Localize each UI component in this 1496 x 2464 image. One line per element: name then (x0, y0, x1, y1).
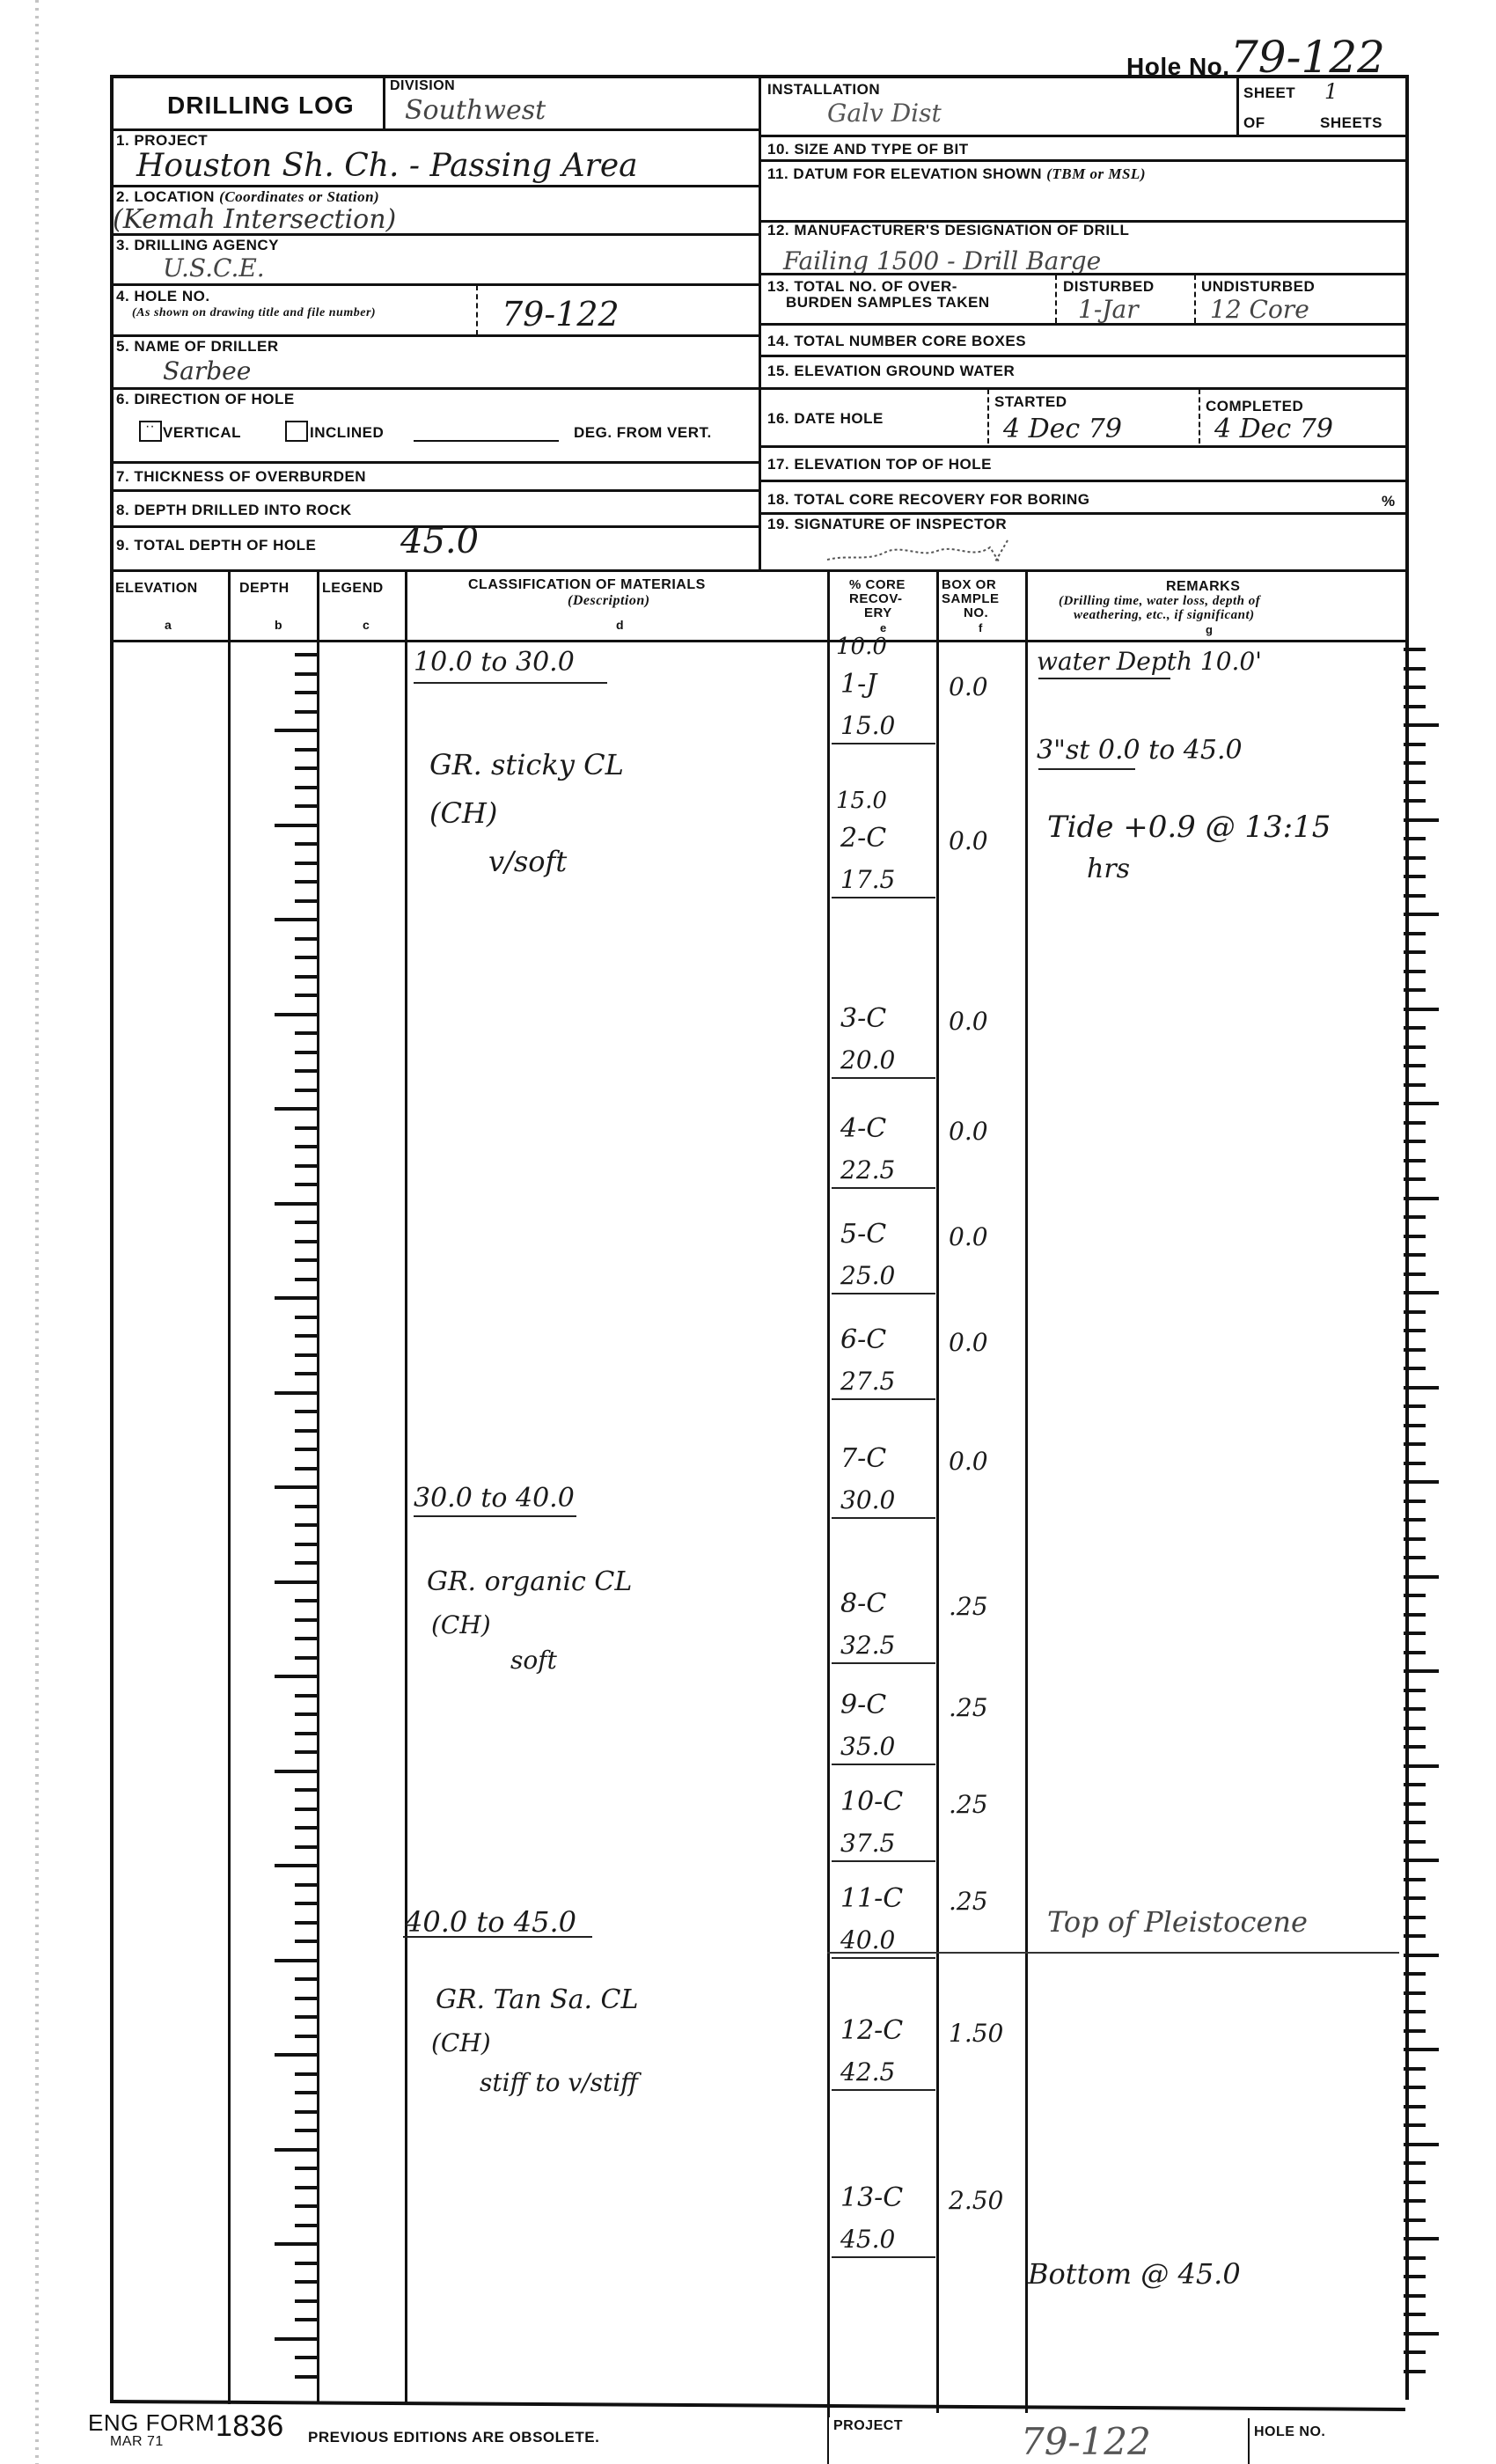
right-depth-tick (1404, 950, 1426, 954)
right-depth-tick (1404, 743, 1426, 746)
sample-id: 13-C (840, 2182, 903, 2213)
depth-tick (295, 1788, 317, 1792)
right-depth-tick (1404, 2086, 1426, 2089)
depth-tick (295, 1637, 317, 1640)
footer-hole-no-label: HOLE NO. (1254, 2424, 1325, 2440)
classification-desc-1-line-1: GR. sticky CL (429, 748, 624, 781)
right-depth-tick (1404, 1121, 1426, 1125)
depth-tick (275, 2053, 317, 2057)
depth-tick (275, 2337, 317, 2341)
right-depth-tick (1404, 2029, 1426, 2033)
deg-from-vert-label: DEG. FROM VERT. (574, 424, 712, 442)
right-depth-tick (1404, 1727, 1426, 1730)
right-depth-tick (1404, 1140, 1426, 1143)
col-box-label-2: SAMPLE (942, 591, 1000, 606)
depth-tick (295, 1183, 317, 1186)
form-name: ENG FORM (88, 2409, 215, 2437)
depth-tick (295, 1126, 317, 1130)
sample-bottom-depth: 20.0 (840, 1045, 895, 1074)
depth-tick (275, 1391, 317, 1395)
classification-desc-2-line-3: soft (510, 1646, 557, 1675)
depth-tick (295, 1372, 317, 1375)
sample-bottom-depth: 35.0 (840, 1732, 895, 1761)
samples-label-1: 13. TOTAL NO. OF OVER- (767, 278, 957, 296)
date-hole-label: 16. DATE HOLE (767, 410, 884, 428)
total-depth-value[interactable]: 45.0 (400, 521, 479, 561)
right-depth-tick (1404, 913, 1439, 916)
box-sample-no: 0.0 (949, 826, 988, 855)
right-depth-tick (1404, 1367, 1426, 1370)
right-depth-tick (1404, 1802, 1426, 1806)
sample-bottom-depth: 25.0 (840, 1261, 895, 1290)
depth-tick (295, 975, 317, 979)
classification-desc-3-line-1: GR. Tan Sa. CL (436, 1984, 638, 2015)
depth-tick (275, 918, 317, 921)
depth-tick (295, 2167, 317, 2170)
core-recovery-unit: % (1382, 493, 1396, 510)
sample-bottom-depth: 32.5 (840, 1631, 895, 1660)
disturbed-label: DISTURBED (1063, 278, 1155, 296)
depth-tick (295, 2204, 317, 2208)
elev-top-label: 17. ELEVATION TOP OF HOLE (767, 456, 992, 473)
right-depth-tick (1404, 2105, 1426, 2108)
sample-bottom-depth: 37.5 (840, 1829, 895, 1858)
form-number: 1836 (216, 2409, 284, 2444)
depth-tick (295, 1353, 317, 1357)
depth-tick (295, 2110, 317, 2114)
depth-tick (295, 1940, 317, 1943)
right-depth-tick (1404, 2370, 1426, 2373)
box-sample-no: 0.0 (949, 1222, 988, 1251)
depth-tick (295, 956, 317, 959)
remark-tide-line-1: Tide +0.9 @ 13:15 (1047, 810, 1331, 845)
right-depth-tick (1404, 1745, 1426, 1749)
depth-tick (295, 2356, 317, 2359)
drilling-agency-value[interactable]: U.S.C.E. (163, 253, 265, 282)
project-value[interactable]: Houston Sh. Ch. - Passing Area (136, 148, 638, 184)
depth-tick (295, 2015, 317, 2019)
depth-tick (295, 1618, 317, 1622)
location-value[interactable]: (Kemah Intersection) (113, 204, 396, 235)
right-depth-tick (1404, 1177, 1426, 1181)
depth-tick (295, 1051, 317, 1054)
depth-tick (295, 1089, 317, 1092)
depth-tick (295, 2035, 317, 2038)
sample-id: 5-C (840, 1219, 886, 1250)
depth-rock-label: 8. DEPTH DRILLED INTO ROCK (116, 502, 352, 519)
vertical-checkbox[interactable]: ·· (139, 421, 162, 442)
right-depth-tick (1404, 2218, 1426, 2222)
right-depth-tick (1404, 2048, 1439, 2051)
form-date: MAR 71 (110, 2434, 164, 2450)
depth-tick (275, 1296, 317, 1300)
depth-tick (295, 1278, 317, 1281)
right-depth-tick (1404, 723, 1439, 727)
depth-tick (295, 2072, 317, 2076)
box-sample-no: 1.50 (949, 2019, 1003, 2048)
sample-top-depth: 10.0 (836, 634, 887, 660)
right-depth-tick (1404, 705, 1426, 708)
depth-tick (275, 1485, 317, 1489)
right-depth-tick (1404, 1840, 1426, 1844)
disturbed-value[interactable]: 1-Jar (1078, 295, 1139, 324)
right-depth-tick (1404, 1253, 1426, 1257)
depth-tick (295, 1467, 317, 1470)
right-depth-tick (1404, 837, 1426, 840)
sample-bottom-depth: 45.0 (840, 2225, 895, 2254)
col-core-letter: e (880, 621, 887, 634)
depth-tick (295, 691, 317, 694)
depth-tick (295, 1712, 317, 1716)
right-depth-tick (1404, 1404, 1426, 1408)
right-depth-tick (1404, 2067, 1426, 2071)
right-depth-tick (1404, 1632, 1426, 1635)
col-core-label-1: % CORE (849, 577, 906, 592)
right-depth-tick (1404, 1102, 1439, 1105)
box-sample-no: .25 (949, 1693, 988, 1722)
right-depth-tick (1404, 1064, 1426, 1067)
depth-tick (295, 766, 317, 770)
right-depth-tick (1404, 1500, 1426, 1503)
right-depth-tick (1404, 1008, 1439, 1011)
depth-tick (295, 1750, 317, 1754)
depth-tick (295, 862, 317, 865)
depth-tick (295, 1164, 317, 1168)
sample-id: 10-C (840, 1786, 903, 1817)
sample-bottom-depth: 30.0 (840, 1485, 895, 1514)
depth-tick (295, 786, 317, 789)
core-recovery-label: 18. TOTAL CORE RECOVERY FOR BORING (767, 491, 1090, 509)
driller-value[interactable]: Sarbee (163, 356, 251, 385)
classification-desc-2-line-2: (CH) (431, 1610, 491, 1639)
depth-tick (295, 1240, 317, 1243)
sample-bottom-depth: 40.0 (840, 1925, 895, 1954)
right-depth-tick (1404, 856, 1426, 860)
depth-tick (275, 1013, 317, 1016)
depth-tick (275, 1202, 317, 1206)
depth-tick (295, 1883, 317, 1887)
right-depth-tick (1404, 1026, 1426, 1030)
col-classification-letter: d (616, 618, 624, 632)
footer-project-label: PROJECT (833, 2418, 903, 2434)
right-depth-tick (1404, 1689, 1426, 1692)
box-sample-no: 0.0 (949, 672, 988, 701)
depth-tick (295, 2318, 317, 2321)
col-core-label-2: RECOV- (849, 591, 903, 606)
classification-range-3: 40.0 to 45.0 (405, 1905, 576, 1939)
right-depth-tick (1404, 1480, 1439, 1484)
division-value[interactable]: Southwest (405, 95, 546, 126)
right-depth-tick (1404, 970, 1426, 973)
sample-id: 2-C (840, 823, 886, 854)
depth-tick (295, 1523, 317, 1527)
right-depth-tick (1404, 1954, 1439, 1957)
right-depth-tick (1404, 2332, 1439, 2336)
undisturbed-label: UNDISTURBED (1201, 278, 1315, 296)
division-label: DIVISION (390, 78, 455, 94)
drill-value[interactable]: Failing 1500 - Drill Barge (783, 246, 1101, 275)
sample-id: 3-C (840, 1003, 886, 1034)
depth-tick (275, 824, 317, 827)
depth-tick (295, 1543, 317, 1546)
box-sample-no: .25 (949, 1887, 988, 1916)
inspector-label: 19. SIGNATURE OF INSPECTOR (767, 516, 1007, 533)
right-depth-tick (1404, 1651, 1426, 1654)
depth-tick (295, 1656, 317, 1660)
depth-tick (295, 2262, 317, 2265)
depth-tick (295, 1845, 317, 1849)
sheets-label: SHEETS (1320, 114, 1382, 132)
depth-tick (295, 1258, 317, 1262)
sheet-label: SHEET (1243, 84, 1295, 102)
right-depth-tick (1404, 932, 1426, 935)
classification-desc-1-line-2: (CH) (429, 796, 497, 830)
depth-tick (295, 1448, 317, 1451)
right-depth-tick (1404, 988, 1426, 992)
right-depth-tick (1404, 1083, 1426, 1087)
box-sample-no: 0.0 (949, 1117, 988, 1146)
location-label: 2. LOCATION (Coordinates or Station) (116, 188, 379, 206)
box-sample-no: 0.0 (949, 1328, 988, 1357)
degrees-input-line[interactable] (414, 440, 559, 442)
remark-bottom: Bottom @ 45.0 (1028, 2257, 1241, 2291)
right-depth-tick (1404, 1878, 1426, 1881)
depth-tick (295, 1069, 317, 1073)
depth-tick (295, 748, 317, 752)
sample-id: 7-C (840, 1443, 886, 1474)
remark-shelby-tube: 3"st 0.0 to 45.0 (1037, 735, 1243, 766)
depth-tick (295, 1505, 317, 1508)
right-depth-tick (1404, 799, 1426, 803)
remark-water-depth: water Depth 10.0' (1037, 647, 1262, 676)
depth-tick (295, 2224, 317, 2227)
depth-tick (295, 880, 317, 884)
remark-top-of-pleistocene: Top of Pleistocene (1047, 1905, 1308, 1939)
driller-label: 5. NAME OF DRILLER (116, 338, 279, 356)
right-depth-tick (1404, 686, 1426, 689)
box-sample-no: .25 (949, 1790, 988, 1819)
classification-desc-3-line-3: stiff to v/stiff (480, 2068, 638, 2097)
right-depth-tick (1404, 1386, 1439, 1390)
right-depth-tick (1404, 1537, 1426, 1541)
datum-label: 11. DATUM FOR ELEVATION SHOWN (TBM or MS… (767, 165, 1146, 183)
right-depth-tick (1404, 1518, 1426, 1522)
depth-tick (295, 1334, 317, 1338)
right-depth-tick (1404, 1235, 1426, 1238)
inclined-checkbox[interactable] (285, 421, 308, 442)
right-depth-tick (1404, 2275, 1426, 2278)
col-remarks-note-2: weathering, etc., if significant) (1074, 607, 1255, 623)
depth-tick (295, 2091, 317, 2094)
right-depth-tick (1404, 1783, 1426, 1786)
started-value[interactable]: 4 Dec 79 (1003, 414, 1122, 444)
sample-top-depth: 15.0 (836, 788, 887, 814)
right-depth-tick (1404, 1197, 1439, 1200)
depth-tick (295, 899, 317, 903)
right-depth-tick (1404, 2010, 1426, 2013)
depth-tick (295, 1732, 317, 1735)
right-depth-tick (1404, 1329, 1426, 1332)
col-box-label-3: NO. (964, 605, 988, 620)
depth-tick (295, 1429, 317, 1433)
depth-tick (295, 2129, 317, 2132)
core-boxes-label: 14. TOTAL NUMBER CORE BOXES (767, 333, 1026, 350)
depth-tick (295, 1694, 317, 1698)
scan-edge-artifact (35, 0, 39, 2464)
overburden-label: 7. THICKNESS OF OVERBURDEN (116, 468, 366, 486)
hole-no-field-note: (As shown on drawing title and file numb… (132, 304, 466, 320)
depth-tick (295, 1997, 317, 2000)
right-depth-tick (1404, 2350, 1426, 2354)
col-depth-letter: b (275, 618, 282, 632)
classification-desc-2-line-1: GR. organic CL (427, 1566, 632, 1597)
col-legend-letter: c (363, 618, 370, 632)
col-classification-label: CLASSIFICATION OF MATERIALS (468, 577, 706, 593)
sample-id: 6-C (840, 1324, 886, 1355)
inclined-label: INCLINED (310, 424, 384, 442)
depth-tick (295, 1977, 317, 1981)
col-legend-label: LEGEND (322, 581, 384, 597)
depth-tick (275, 2242, 317, 2246)
right-depth-tick (1404, 1859, 1439, 1862)
right-depth-tick (1404, 2143, 1439, 2146)
samples-label-2: BURDEN SAMPLES TAKEN (786, 294, 990, 312)
box-sample-no: 0.0 (949, 1007, 988, 1036)
installation-label: INSTALLATION (767, 81, 880, 99)
right-depth-tick (1404, 2161, 1426, 2165)
right-depth-tick (1404, 781, 1426, 784)
col-core-label-3: ERY (864, 605, 892, 620)
sample-bottom-depth: 17.5 (840, 865, 895, 894)
right-depth-tick (1404, 2313, 1426, 2316)
right-depth-tick (1404, 2256, 1426, 2260)
col-depth-label: DEPTH (239, 581, 290, 597)
right-depth-tick (1404, 1575, 1439, 1579)
col-elevation-label: ELEVATION (115, 581, 198, 597)
col-classification-note: (Description) (568, 593, 650, 609)
depth-tick (295, 1561, 317, 1565)
right-depth-tick (1404, 1896, 1426, 1900)
installation-value[interactable]: Galv Dist (827, 99, 942, 128)
depth-tick (275, 1675, 317, 1678)
bit-label: 10. SIZE AND TYPE OF BIT (767, 141, 969, 158)
hole-no-field-value[interactable]: 79-122 (502, 295, 620, 334)
right-depth-tick (1404, 2123, 1426, 2127)
depth-tick (275, 1107, 317, 1111)
sheet-of-label: OF (1243, 114, 1265, 132)
right-depth-tick (1404, 1669, 1439, 1673)
depth-tick (295, 1316, 317, 1319)
footer-project-value: 79-122 (1021, 2420, 1151, 2463)
right-depth-tick (1404, 1972, 1426, 1976)
right-depth-tick (1404, 1442, 1426, 1446)
remark-tide-line-2: hrs (1087, 854, 1130, 884)
right-depth-tick (1404, 1291, 1439, 1294)
form-title: DRILLING LOG (167, 92, 355, 120)
classification-desc-1-line-3: v/soft (488, 845, 567, 878)
direction-label: 6. DIRECTION OF HOLE (116, 391, 295, 408)
classification-range-2: 30.0 to 40.0 (414, 1483, 575, 1514)
right-depth-tick (1404, 1310, 1426, 1314)
col-box-label-1: BOX OR (942, 577, 996, 592)
sample-bottom-depth: 42.5 (840, 2057, 895, 2086)
inspector-signature[interactable] (823, 537, 1069, 565)
depth-tick (295, 2280, 317, 2284)
right-depth-tick (1404, 894, 1426, 898)
vertical-label: VERTICAL (163, 424, 241, 442)
right-depth-tick (1404, 2181, 1426, 2184)
col-remarks-letter: g (1206, 623, 1213, 636)
classification-desc-3-line-2: (CH) (431, 2028, 491, 2057)
depth-tick (275, 2148, 317, 2152)
depth-tick (295, 1826, 317, 1830)
depth-tick (275, 1864, 317, 1867)
right-depth-tick (1404, 1707, 1426, 1711)
right-depth-tick (1404, 1348, 1426, 1352)
sample-bottom-depth: 22.5 (840, 1155, 895, 1184)
right-depth-tick (1404, 875, 1426, 878)
box-sample-no: 2.50 (949, 2186, 1003, 2215)
depth-tick (295, 1599, 317, 1602)
sample-id: 12-C (840, 2015, 903, 2046)
right-depth-tick (1404, 1424, 1426, 1427)
depth-tick (275, 1770, 317, 1773)
drill-label: 12. MANUFACTURER'S DESIGNATION OF DRILL (767, 222, 1129, 239)
sample-id: 4-C (840, 1113, 886, 1144)
depth-tick (295, 2299, 317, 2303)
depth-tick (295, 2186, 317, 2189)
box-sample-no: .25 (949, 1592, 988, 1621)
right-depth-tick (1404, 2199, 1426, 2203)
sheet-value[interactable]: 1 (1324, 79, 1338, 104)
total-depth-label: 9. TOTAL DEPTH OF HOLE (116, 537, 316, 554)
depth-tick (295, 1410, 317, 1413)
sample-bottom-depth: 15.0 (840, 711, 895, 740)
right-depth-tick (1404, 1613, 1426, 1617)
right-depth-tick (1404, 1556, 1426, 1559)
sample-id: 8-C (840, 1588, 886, 1619)
right-depth-tick (1404, 1594, 1426, 1597)
depth-tick (295, 1921, 317, 1925)
right-depth-tick (1404, 1764, 1439, 1768)
classification-range-1: 10.0 to 30.0 (414, 647, 575, 678)
right-depth-tick (1404, 667, 1426, 671)
right-depth-tick (1404, 1272, 1426, 1276)
right-depth-tick (1404, 2294, 1426, 2298)
depth-tick (275, 729, 317, 732)
depth-tick (295, 937, 317, 941)
depth-tick (295, 672, 317, 676)
undisturbed-value[interactable]: 12 Core (1210, 295, 1309, 324)
depth-tick (295, 710, 317, 714)
depth-tick (295, 994, 317, 997)
col-elevation-letter: a (165, 618, 172, 632)
sample-id: 1-J (840, 669, 876, 700)
started-label: STARTED (994, 393, 1067, 411)
sample-id: 11-C (840, 1883, 903, 1914)
right-depth-tick (1404, 1991, 1426, 1995)
drilling-agency-label: 3. DRILLING AGENCY (116, 237, 279, 254)
depth-tick (275, 1959, 317, 1962)
right-depth-tick (1404, 1159, 1426, 1162)
sample-bottom-depth: 27.5 (840, 1367, 895, 1396)
depth-tick (295, 804, 317, 808)
depth-tick (295, 1902, 317, 1905)
depth-tick (295, 2375, 317, 2379)
col-box-letter: f (979, 621, 983, 634)
depth-tick (295, 1145, 317, 1148)
completed-value[interactable]: 4 Dec 79 (1214, 414, 1333, 444)
